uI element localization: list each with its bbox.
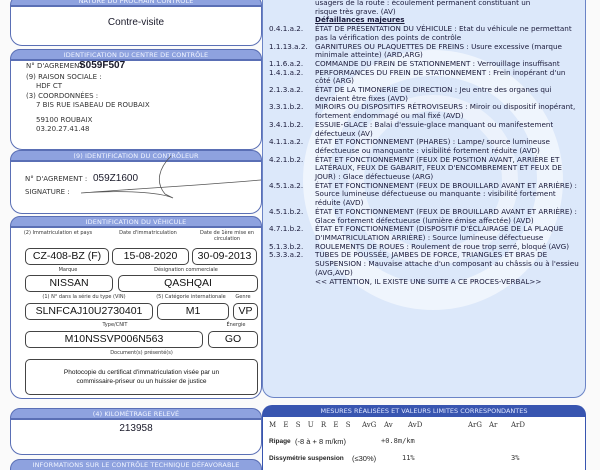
col-ar: Ar	[489, 421, 497, 429]
mesures-box: M E S U R E S AvG Av AvD ArG Ar ArD Ripa…	[262, 417, 586, 470]
date-immat-label: Date d'immatriculation	[113, 230, 183, 236]
genre-label: Genre	[227, 294, 259, 300]
defect-item: 1.1.13.a.2.GARNITURES OU PLAQUETTES DE F…	[269, 43, 586, 60]
defect-item: 2.1.3.a.2.ÉTAT DE LA TIMONERIE DE DIRECT…	[269, 86, 586, 103]
col-mesures: M E S U R E S	[269, 421, 353, 429]
type-label: Type/CNIT	[25, 322, 205, 328]
col-arg: ArG	[468, 421, 482, 429]
categorie-field: M1	[157, 303, 229, 320]
defect-item: 4.7.1.b.2.ÉTAT ET FONCTIONNEMENT (DISPOS…	[269, 225, 586, 242]
defect-item: 4.1.1.a.2.ÉTAT ET FONCTIONNEMENT (PHARES…	[269, 138, 586, 155]
defect-text: ÉTAT DE LA TIMONERIE DE DIRECTION : Jeu …	[315, 86, 586, 103]
defect-text: GARNITURES OU PLAQUETTES DE FREINS : Usu…	[315, 43, 586, 60]
defect-code: 4.2.1.b.2.	[269, 156, 315, 182]
suite-notice: << ATTENTION, IL EXISTE UNE SUITE A CE P…	[315, 278, 586, 287]
address-line2: 59100 ROUBAIX	[36, 116, 92, 124]
mesures-header: MESURES RÉALISÉES ET VALEURS LIMITES COR…	[262, 405, 586, 417]
defect-text: MIROIRS OU DISPOSITIFS RÉTROVISEURS : Mi…	[315, 103, 586, 120]
defect-text: ÉTAT ET FONCTIONNEMENT (FEUX DE BROUILLA…	[315, 208, 586, 225]
immat-label: (2) Immatriculation et pays	[23, 230, 93, 236]
raison-sociale-label: (9) RAISON SOCIALE :	[26, 73, 102, 81]
centre-header: IDENTIFICATION DU CENTRE DE CONTRÔLE	[10, 49, 262, 60]
defect-code: 1.1.13.a.2.	[269, 43, 315, 60]
energie-label: Énergie	[213, 322, 259, 328]
kilometrage-header: (4) KILOMÉTRAGE RELEVÉ	[10, 408, 262, 419]
categorie-label: (5) Catégorie internationale	[151, 294, 231, 300]
col-ard: ArD	[511, 421, 525, 429]
date-circ-field: 30-09-2013	[192, 248, 257, 265]
immat-field: CZ-408-BZ (F)	[25, 248, 109, 265]
defect-item: 3.3.1.b.2.MIROIRS OU DISPOSITIFS RÉTROVI…	[269, 103, 586, 120]
ripage-limit: (-8 à + 8 m/km)	[295, 437, 346, 446]
address-line1: 7 BIS RUE ISABEAU DE ROUBAIX	[36, 101, 150, 109]
prochain-controle-box: Contre-visite	[10, 6, 262, 46]
vehicule-box: (2) Immatriculation et pays Date d'immat…	[10, 227, 262, 399]
genre-field: VP	[233, 303, 258, 320]
defect-item: 4.5.1.b.2.ÉTAT ET FONCTIONNEMENT (FEUX D…	[269, 208, 586, 225]
left-column: NATURE DU PROCHAIN CONTRÔLE Contre-visit…	[10, 0, 262, 470]
dissymetrie-ar: 3%	[511, 454, 519, 462]
defect-code: 3.3.1.b.2.	[269, 103, 315, 120]
type-field: M10NSSVP006N563	[25, 331, 203, 348]
defect-item: 4.2.1.b.2.ÉTAT ET FONCTIONNEMENT (FEUX D…	[269, 156, 586, 182]
controleur-box: N° D'AGREMENT : 059Z1600 SIGNATURE :	[10, 161, 262, 214]
ripage-av: +0.8m/km	[381, 437, 415, 445]
defect-code: 4.1.1.a.2.	[269, 138, 315, 155]
ripage-label: Ripage	[269, 438, 291, 445]
defect-text: TUBES DE POUSSÉE, JAMBES DE FORCE, TRIAN…	[315, 251, 586, 277]
marque-label: Marque	[25, 267, 111, 273]
col-avd: AvD	[408, 421, 422, 429]
defect-item: 0.4.1.a.2.ÉTAT DE PRÉSENTATION DU VÉHICU…	[269, 25, 586, 42]
defect-text: PERFORMANCES DU FREIN DE STATIONNEMENT :…	[315, 69, 586, 86]
defaillances-list: usagers de la route : écoulement permane…	[269, 0, 586, 286]
dissymetrie-limit: (≤30%)	[352, 454, 376, 463]
defect-item: 3.4.1.b.2.ESSUIE-GLACE : Balai d'essuie-…	[269, 121, 586, 138]
vin-label: (1) N° dans la série du type (VIN)	[25, 294, 143, 300]
defect-code: 2.1.3.a.2.	[269, 86, 315, 103]
defect-text: ÉTAT ET FONCTIONNEMENT (DISPOSITIF D'ÉCL…	[315, 225, 586, 242]
designation-field: QASHQAI	[118, 275, 258, 292]
kilometrage-box: 213958	[10, 419, 262, 455]
defect-code: 1.4.1.a.2.	[269, 69, 315, 86]
col-av: Av	[384, 421, 393, 429]
defect-text: ÉTAT ET FONCTIONNEMENT (PHARES) : Lampe/…	[315, 138, 586, 155]
defect-text: ÉTAT DE PRÉSENTATION DU VÉHICULE : Etat …	[315, 25, 586, 42]
defect-text: ÉTAT ET FONCTIONNEMENT (FEUX DE POSITION…	[315, 156, 586, 182]
defect-text: ESSUIE-GLACE : Balai d'essuie-glace manq…	[315, 121, 586, 138]
documents-field: Photocopie du certificat d'immatriculati…	[25, 359, 258, 395]
col-avg: AvG	[362, 421, 376, 429]
vin-field: SLNFCAJ10U2730401	[25, 303, 153, 320]
defect-item: 4.5.1.a.2.ÉTAT ET FONCTIONNEMENT (FEUX D…	[269, 182, 586, 208]
marque-field: NISSAN	[25, 275, 113, 292]
signature-label: SIGNATURE :	[25, 188, 70, 196]
raison-sociale-value: HDF CT	[36, 82, 62, 90]
centre-box: N° D'AGREMENT : S059F507 (9) RAISON SOCI…	[10, 60, 262, 150]
defect-code: 4.5.1.b.2.	[269, 208, 315, 225]
informations-header: INFORMATIONS SUR LE CONTRÔLE TECHNIQUE D…	[10, 459, 262, 470]
kilometrage-value: 213958	[11, 423, 261, 434]
defect-item: 5.3.3.a.2.TUBES DE POUSSÉE, JAMBES DE FO…	[269, 251, 586, 277]
centre-agrement-value: S059F507	[79, 60, 125, 71]
documents-label: Document(s) présenté(s)	[25, 350, 258, 356]
defect-code: 5.3.3.a.2.	[269, 251, 315, 277]
energie-field: GO	[208, 331, 258, 348]
defect-code: 3.4.1.b.2.	[269, 121, 315, 138]
signature-scribble	[71, 154, 263, 204]
defect-item: 1.4.1.a.2.PERFORMANCES DU FREIN DE STATI…	[269, 69, 586, 86]
coordonnees-label: (3) COORDONNÉES :	[26, 92, 98, 100]
defect-text: ÉTAT ET FONCTIONNEMENT (FEUX DE BROUILLA…	[315, 182, 586, 208]
dissymetrie-label: Dissymétrie suspension	[269, 455, 344, 462]
defect-code: 4.7.1.b.2.	[269, 225, 315, 242]
date-circ-label: Date de 1ère mise en circulation	[193, 230, 261, 242]
defect-code: 0.4.1.a.2.	[269, 25, 315, 42]
right-column: usagers de la route : écoulement permane…	[262, 0, 586, 470]
defaillances-panel: usagers de la route : écoulement permane…	[262, 0, 586, 398]
defect-code: 4.5.1.a.2.	[269, 182, 315, 208]
date-immat-field: 15-08-2020	[112, 248, 189, 265]
phone: 03.20.27.41.48	[36, 125, 89, 133]
designation-label: Désignation commerciale	[121, 267, 251, 273]
vehicule-header: IDENTIFICATION DU VÉHICULE	[10, 216, 262, 227]
prochain-controle-value: Contre-visite	[11, 17, 261, 28]
dissymetrie-av: 11%	[402, 454, 415, 462]
